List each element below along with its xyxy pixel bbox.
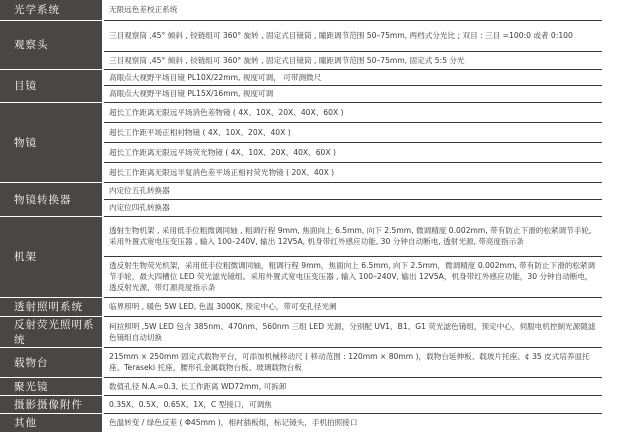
value-objective-3: 超长工作距离无限远平场荧光物镜 ( 4X、10X、20X、40X、60X ) [103,142,602,162]
category-condenser: 聚光镜 [0,377,103,395]
spec-row-stage: 载物台 215mm × 250mm 固定式载物平台，可添加机械移动尺 ( 移动范… [0,347,602,377]
value-epi-fluorescence: 柯拉照明 ,5W LED 包含 385nm、470nm、560nm 三组 LED… [103,316,602,347]
value-objective-1: 超长工作距离无限远平场消色差物镜 ( 4X、10X、20X、40X、60X ) [103,102,602,122]
category-nosepiece: 物镜转换器 [0,182,103,216]
spec-row-objective: 物镜 超长工作距离无限远平场消色差物镜 ( 4X、10X、20X、40X、60X… [0,102,602,122]
spec-table: 光学系统 无限远色差校正系统 观察头 三目观察筒 ,45° 倾斜 , 铰链组可 … [0,0,602,430]
spec-row-camera-adapter: 摄影摄像附件 0.35X、0.5X、0.65X、1X，C 型接口，可调焦 [0,395,602,413]
category-epi-fluorescence: 反射荧光照明系统 [0,316,103,347]
spec-row-epi-fluorescence: 反射荧光照明系统 柯拉照明 ,5W LED 包含 385nm、470nm、560… [0,316,602,347]
value-viewing-head-2: 三目观察筒 ,45° 倾斜 , 铰链组可 360° 旋转 , 固定式目镜筒 , … [103,51,602,69]
value-camera-adapter: 0.35X、0.5X、0.65X、1X，C 型接口，可调焦 [103,395,602,413]
spec-row-others: 其他 色温转变 / 绿色反差 ( Φ45mm )，相衬插板组，标记镜头，手机拍照… [0,413,602,430]
value-others: 色温转变 / 绿色反差 ( Φ45mm )，相衬插板组，标记镜头，手机拍照接口 [103,413,602,430]
spec-row-eyepiece: 目镜 高眼点大视野平场目镜 PL10X/22mm, 视度可调， 可带测微尺 [0,69,602,85]
value-viewing-head-1: 三目观察筒 ,45° 倾斜 , 铰链组可 360° 旋转 , 固定式目镜筒 , … [103,20,602,51]
category-objective: 物镜 [0,102,103,182]
category-camera-adapter: 摄影摄像附件 [0,395,103,413]
category-optical-system: 光学系统 [0,0,103,20]
value-condenser: 数值孔径 N.A.=0.3, 长工作距离 WD72mm, 可拆卸 [103,377,602,395]
value-eyepiece-1: 高眼点大视野平场目镜 PL10X/22mm, 视度可调， 可带测微尺 [103,69,602,85]
value-frame-2: 透反射生物荧光机架，采用低手位粗微调同轴，粗调行程 9mm，焦面向上 6.5mm… [103,256,602,297]
category-eyepiece: 目镜 [0,69,103,102]
spec-row-condenser: 聚光镜 数值孔径 N.A.=0.3, 长工作距离 WD72mm, 可拆卸 [0,377,602,395]
value-optical-system: 无限远色差校正系统 [103,0,602,20]
spec-row-viewing-head: 观察头 三目观察筒 ,45° 倾斜 , 铰链组可 360° 旋转 , 固定式目镜… [0,20,602,51]
category-stage: 载物台 [0,347,103,377]
category-viewing-head: 观察头 [0,20,103,69]
spec-row-optical-system: 光学系统 无限远色差校正系统 [0,0,602,20]
spec-row-nosepiece: 物镜转换器 内定位五孔转换器 [0,182,602,199]
value-frame-1: 透射生物机架 , 采用低手位粗微调同轴 , 粗调行程 9mm, 焦面向上 6.5… [103,216,602,256]
category-others: 其他 [0,413,103,430]
value-stage: 215mm × 250mm 固定式载物平台，可添加机械移动尺 ( 移动范围 : … [103,347,602,377]
value-objective-4: 超长工作距离无限远半复消色差平场正相衬荧光物镜 ( 20X、40X ) [103,162,602,182]
value-nosepiece-1: 内定位五孔转换器 [103,182,602,199]
value-objective-2: 超长工作距平场正相衬物镜 ( 4X、10X、20X、40X ) [103,122,602,142]
spec-row-transmitted-illumination: 透射照明系统 临界照明 , 暖色 5W LED, 色温 3000K, 预定中心，… [0,297,602,316]
value-nosepiece-2: 内定位四孔转换器 [103,199,602,216]
spec-row-frame: 机架 透射生物机架 , 采用低手位粗微调同轴 , 粗调行程 9mm, 焦面向上 … [0,216,602,256]
value-eyepiece-2: 高眼点大视野平场目镜 PL15X/16mm, 视度可调 [103,85,602,102]
category-frame: 机架 [0,216,103,297]
value-transmitted-illumination: 临界照明 , 暖色 5W LED, 色温 3000K, 预定中心，带可变孔径光阑 [103,297,602,316]
category-transmitted-illumination: 透射照明系统 [0,297,103,316]
